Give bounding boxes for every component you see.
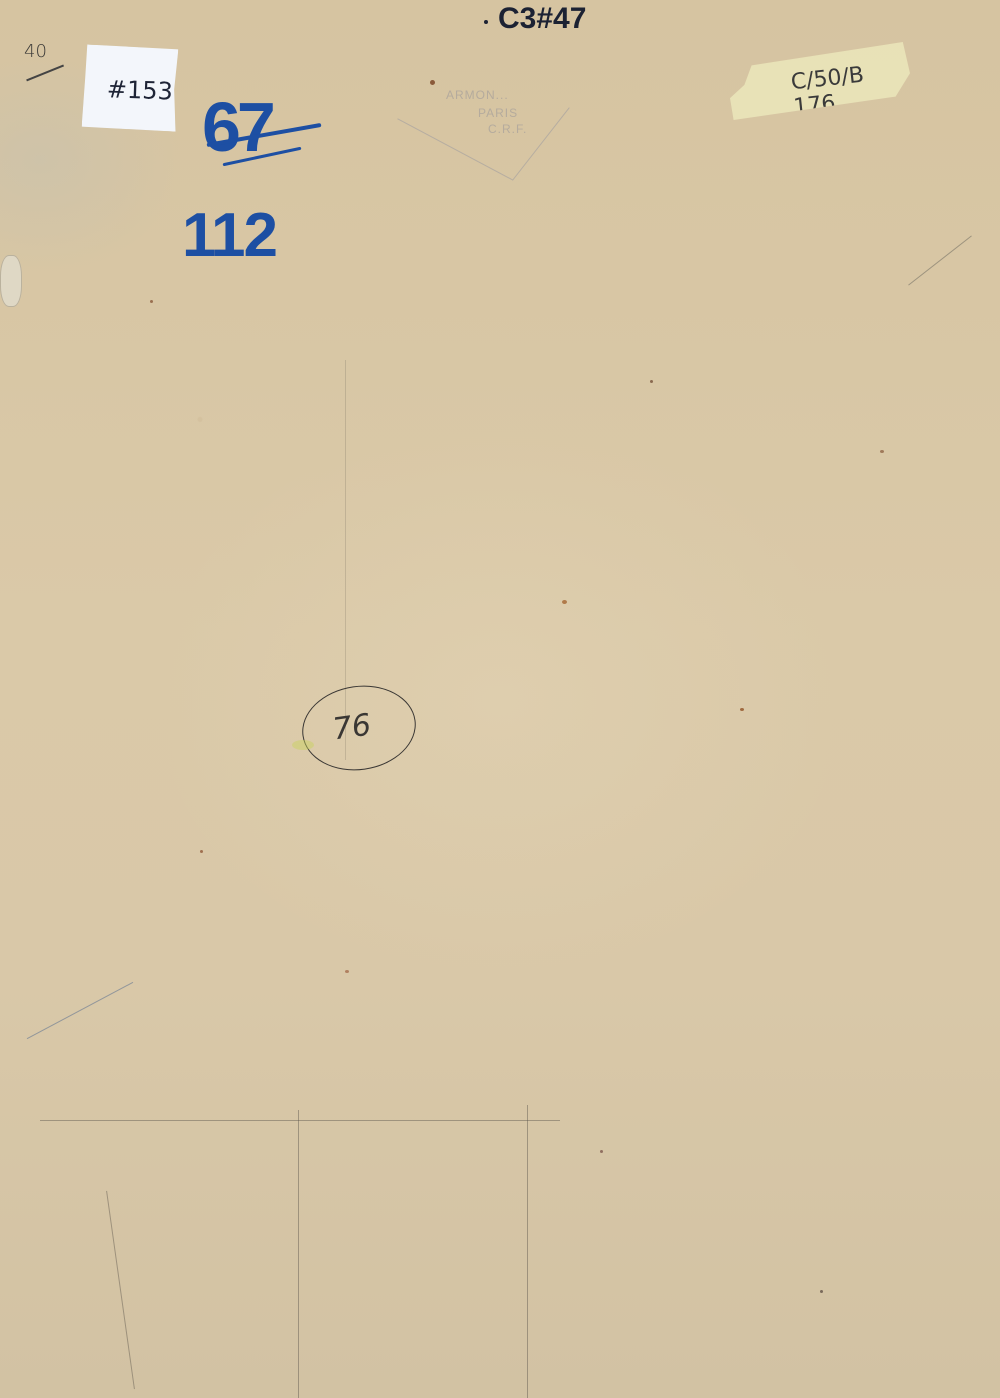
white-inventory-label: #153 [82,44,179,131]
tape-code: C/50/B 176 [790,58,913,120]
stamp-text-line: PARIS [478,106,518,120]
pencil-line [106,1191,135,1389]
pencil-line [27,982,133,1039]
speck [820,1290,823,1293]
speck [880,450,884,453]
top-marker-code: C3#47 [498,4,586,34]
artwork-board-back: 40 #153 67 112 C3#47 ARMON... PARIS C.R.… [0,0,1000,1398]
speck [200,850,203,853]
pencil-line [908,235,972,285]
speck [740,708,744,711]
pencil-line [527,1105,528,1398]
blue-number-112: 112 [182,205,276,267]
circled-number: 76 [297,678,422,777]
speck [600,1150,603,1153]
stamp-text-line: C.R.F. [488,122,527,136]
speck [150,300,153,303]
yellow-smudge [292,740,314,750]
pencil-underline [26,65,64,81]
pencil-number-40: 40 [24,43,47,61]
speck [345,970,349,973]
label-number: #153 [106,75,173,105]
stamp-text-line: ARMON... [446,88,509,102]
speck [562,600,567,604]
pencil-line [298,1110,299,1398]
circled-number-text: 76 [331,707,374,747]
dot-mark [484,20,488,24]
crossed-out-number: 67 [202,92,272,162]
pencil-line [40,1120,560,1121]
edge-damage [0,255,22,307]
speck [650,380,653,383]
masking-tape-label: C/50/B 176 [730,42,910,120]
